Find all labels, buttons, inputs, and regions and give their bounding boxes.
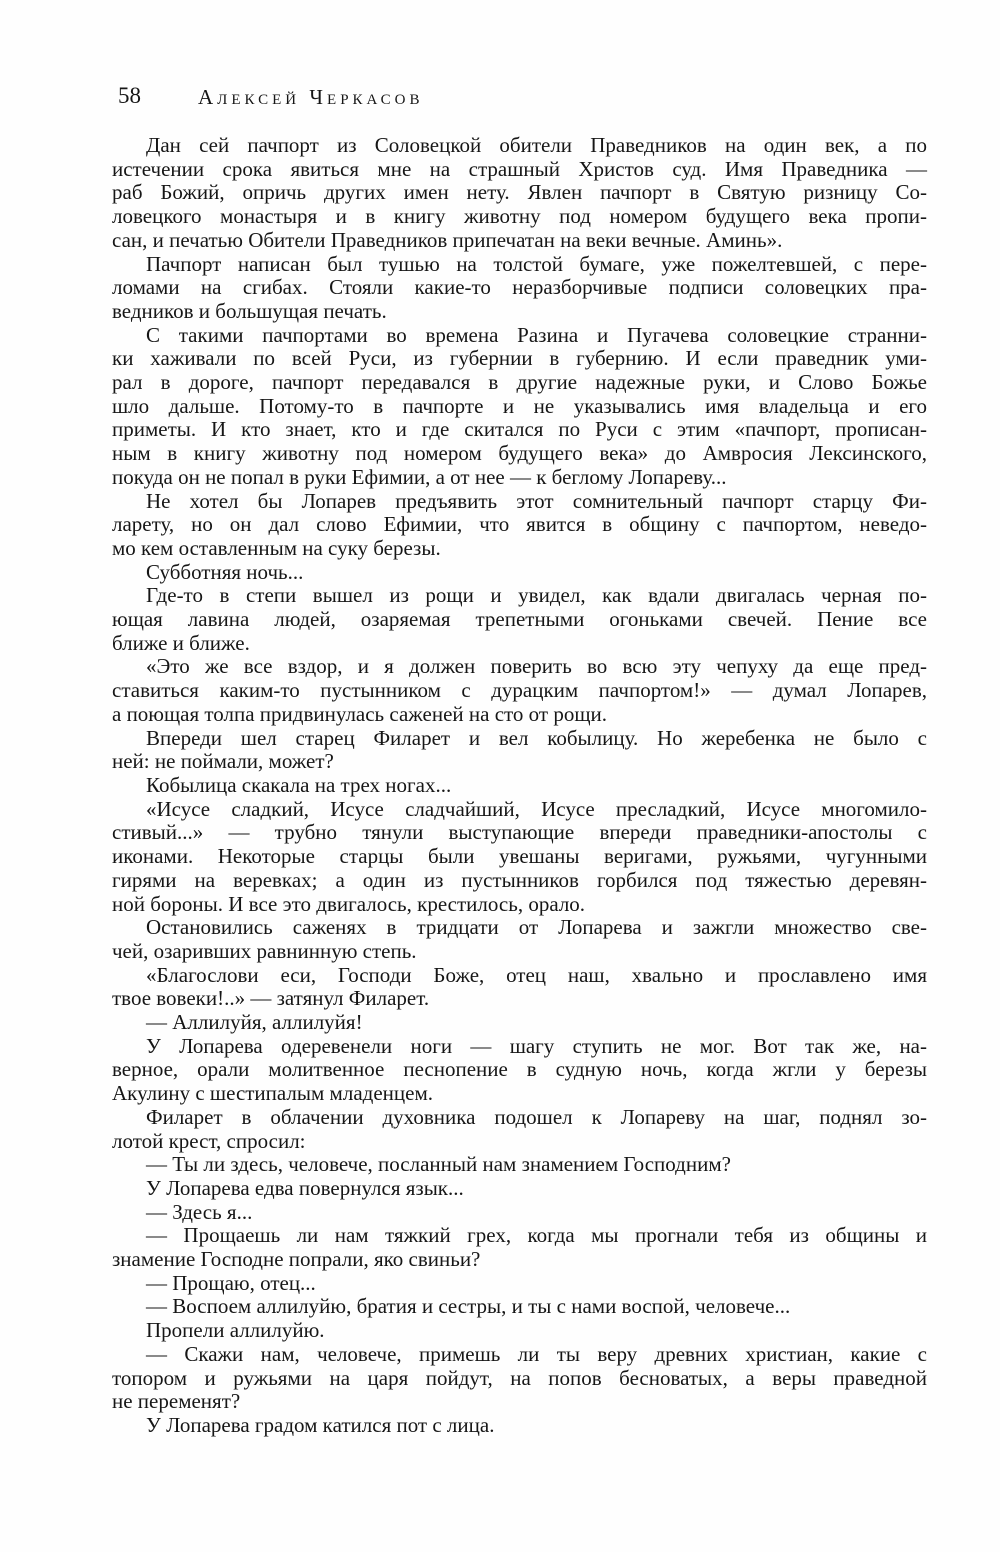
paragraph: — Аллилуйя, аллилуйя! <box>112 1011 927 1035</box>
text-line: раб Божий, опричь других имен нету. Явле… <box>112 181 927 205</box>
paragraph: С такими пачпортами во времена Разина и … <box>112 324 927 490</box>
text-line: — Скажи нам, человече, примешь ли ты вер… <box>112 1343 927 1367</box>
paragraph: — Ты ли здесь, человече, посланный нам з… <box>112 1153 927 1177</box>
text-line: ней: не поймали, может? <box>112 750 927 774</box>
text-line: стивый...» — трубно тянули выступающие в… <box>112 821 927 845</box>
paragraph: Впереди шел старец Филарет и вел кобылиц… <box>112 727 927 774</box>
text-line: чей, озаривших равнинную степь. <box>112 940 927 964</box>
paragraph: — Прощаю, отец... <box>112 1272 927 1296</box>
paragraph: — Воспоем аллилуйю, братия и сестры, и т… <box>112 1295 927 1319</box>
paragraph: — Скажи нам, человече, примешь ли ты вер… <box>112 1343 927 1414</box>
paragraph: Дан сей пачпорт из Соловецкой обители Пр… <box>112 134 927 253</box>
paragraph: У Лопарева одеревенели ноги — шагу ступи… <box>112 1035 927 1106</box>
text-body: Дан сей пачпорт из Соловецкой обители Пр… <box>112 134 927 1438</box>
text-line: гирями на веревках; а один из пустыннико… <box>112 869 927 893</box>
text-line: — Ты ли здесь, человече, посланный нам з… <box>112 1153 927 1177</box>
text-line: ломами на сгибах. Стояли какие-то неразб… <box>112 276 927 300</box>
text-line: ближе и ближе. <box>112 632 927 656</box>
text-line: Субботняя ночь... <box>112 561 927 585</box>
paragraph: Кобылица скакала на трех ногах... <box>112 774 927 798</box>
text-line: лотой крест, спросил: <box>112 1130 927 1154</box>
text-line: У Лопарева одеревенели ноги — шагу ступи… <box>112 1035 927 1059</box>
page-number: 58 <box>118 84 141 108</box>
text-line: рал в дороге, пачпорт передавался в друг… <box>112 371 927 395</box>
text-line: ставиться каким-то пустынником с дурацки… <box>112 679 927 703</box>
paragraph: Субботняя ночь... <box>112 561 927 585</box>
paragraph: Где-то в степи вышел из рощи и увидел, к… <box>112 584 927 655</box>
book-page: 58 Алексей Черкасов Дан сей пачпорт из С… <box>0 0 1000 1552</box>
text-line: Впереди шел старец Филарет и вел кобылиц… <box>112 727 927 751</box>
text-line: ющая лавина людей, озаряемая трепетными … <box>112 608 927 632</box>
paragraph: — Здесь я... <box>112 1201 927 1225</box>
text-line: «Исусе сладкий, Исусе сладчайший, Исусе … <box>112 798 927 822</box>
text-line: приметы. И кто знает, кто и где скитался… <box>112 418 927 442</box>
text-line: ки хаживали по всей Руси, из губернии в … <box>112 347 927 371</box>
paragraph: У Лопарева едва повернулся язык... <box>112 1177 927 1201</box>
paragraph: Филарет в облачении духовника подошел к … <box>112 1106 927 1153</box>
text-line: — Аллилуйя, аллилуйя! <box>112 1011 927 1035</box>
text-line: Остановились саженях в тридцати от Лопар… <box>112 916 927 940</box>
paragraph: «Исусе сладкий, Исусе сладчайший, Исусе … <box>112 798 927 917</box>
text-line: — Прощаю, отец... <box>112 1272 927 1296</box>
text-line: ларету, но он дал слово Ефимии, что явит… <box>112 513 927 537</box>
text-line: «Благослови еси, Господи Боже, отец наш,… <box>112 964 927 988</box>
text-line: ной бороны. И все это двигалось, крестил… <box>112 893 927 917</box>
text-line: Где-то в степи вышел из рощи и увидел, к… <box>112 584 927 608</box>
text-line: истечении срока явиться мне на страшный … <box>112 158 927 182</box>
text-line: Пачпорт написан был тушью на толстой бум… <box>112 253 927 277</box>
text-line: «Это же все вздор, и я должен поверить в… <box>112 655 927 679</box>
text-line: ным в книгу животну под номером будущего… <box>112 442 927 466</box>
paragraph: Остановились саженях в тридцати от Лопар… <box>112 916 927 963</box>
text-line: шло дальше. Потому-то в пачпорте и не ук… <box>112 395 927 419</box>
text-line: иконами. Некоторые старцы были увешаны в… <box>112 845 927 869</box>
text-line: покуда он не попал в руки Ефимии, а от н… <box>112 466 927 490</box>
text-line: мо кем оставленным на суку березы. <box>112 537 927 561</box>
text-line: Пропели аллилуйю. <box>112 1319 927 1343</box>
text-line: Дан сей пачпорт из Соловецкой обители Пр… <box>112 134 927 158</box>
text-line: У Лопарева едва повернулся язык... <box>112 1177 927 1201</box>
text-line: не переменят? <box>112 1390 927 1414</box>
text-line: С такими пачпортами во времена Разина и … <box>112 324 927 348</box>
text-line: — Воспоем аллилуйю, братия и сестры, и т… <box>112 1295 927 1319</box>
text-line: — Здесь я... <box>112 1201 927 1225</box>
page-header: 58 Алексей Черкасов <box>112 84 927 112</box>
text-line: ведников и большущая печать. <box>112 300 927 324</box>
text-line: твое вовеки!..» — затянул Филарет. <box>112 987 927 1011</box>
paragraph: — Прощаешь ли нам тяжкий грех, когда мы … <box>112 1224 927 1271</box>
paragraph: Пропели аллилуйю. <box>112 1319 927 1343</box>
paragraph: «Благослови еси, Господи Боже, отец наш,… <box>112 964 927 1011</box>
paragraph: Не хотел бы Лопарев предъявить этот сомн… <box>112 490 927 561</box>
text-line: топором и ружьями на царя пойдут, на поп… <box>112 1367 927 1391</box>
text-line: а поющая толпа придвинулась саженей на с… <box>112 703 927 727</box>
text-line: — Прощаешь ли нам тяжкий грех, когда мы … <box>112 1224 927 1248</box>
text-line: сан, и печатью Обители Праведников припе… <box>112 229 927 253</box>
text-line: Филарет в облачении духовника подошел к … <box>112 1106 927 1130</box>
text-line: Не хотел бы Лопарев предъявить этот сомн… <box>112 490 927 514</box>
text-line: Кобылица скакала на трех ногах... <box>112 774 927 798</box>
paragraph: Пачпорт написан был тушью на толстой бум… <box>112 253 927 324</box>
text-line: ловецкого монастыря и в книгу животну по… <box>112 205 927 229</box>
paragraph: У Лопарева градом катился пот с лица. <box>112 1414 927 1438</box>
text-line: верное, орали молитвенное песнопение в с… <box>112 1058 927 1082</box>
paragraph: «Это же все вздор, и я должен поверить в… <box>112 655 927 726</box>
text-line: знамение Господне попрали, яко свиньи? <box>112 1248 927 1272</box>
author-header: Алексей Черкасов <box>198 85 423 109</box>
text-line: Акулину с шестипалым младенцем. <box>112 1082 927 1106</box>
text-line: У Лопарева градом катился пот с лица. <box>112 1414 927 1438</box>
